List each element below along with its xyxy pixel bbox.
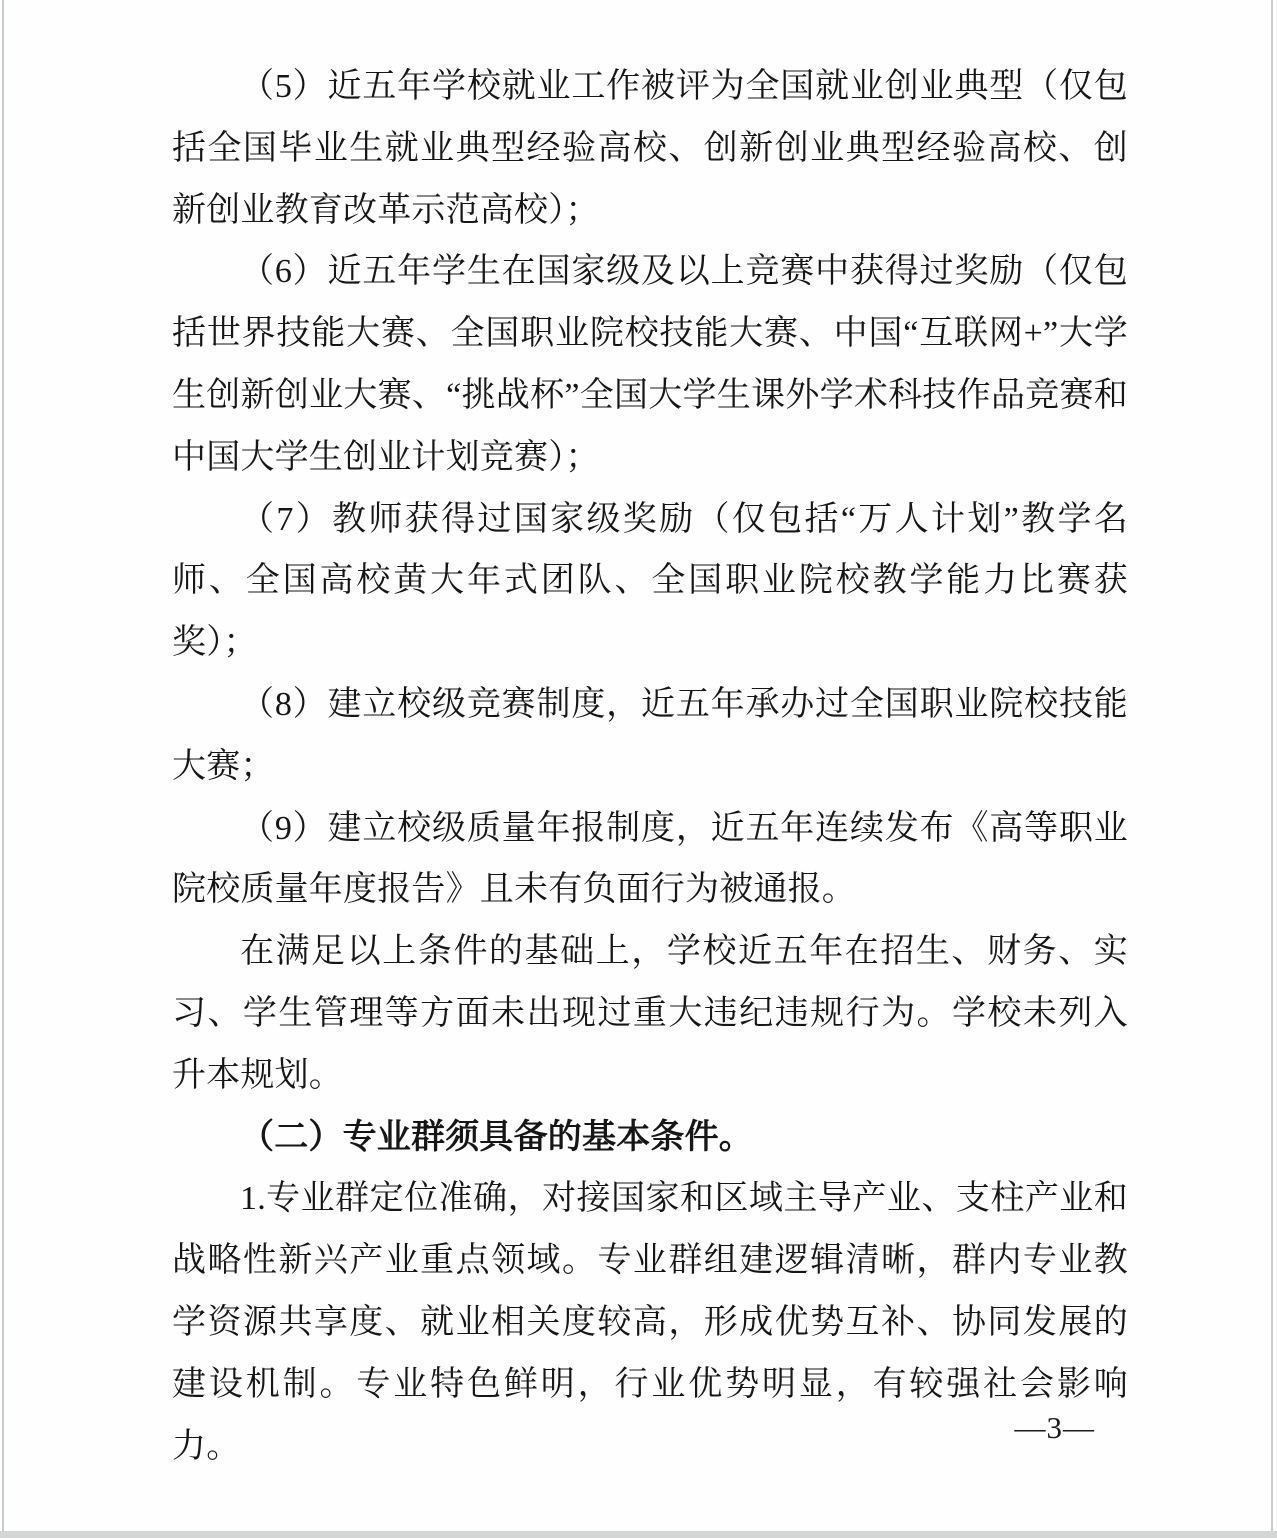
paragraph-item-7: （7）教师获得过国家级奖励（仅包括“万人计划”教学名师、全国高校黄大年式团队、全… [172, 489, 1128, 674]
section-heading: （二）专业群须具备的基本条件。 [172, 1107, 1128, 1169]
paragraph-item-9: （9）建立校级质量年报制度，近五年连续发布《高等职业院校质量年度报告》且未有负面… [172, 798, 1128, 922]
document-body: （5）近五年学校就业工作被评为全国就业创业典型（仅包括全国毕业生就业典型经验高校… [172, 56, 1128, 1477]
page-number: —3— [1015, 1408, 1096, 1448]
page-edge-right [1271, 0, 1273, 1538]
paragraph-item-6: （6）近五年学生在国家级及以上竞赛中获得过奖励（仅包括世界技能大赛、全国职业院校… [172, 241, 1128, 488]
page-edge-bottom [0, 1531, 1277, 1538]
paragraph-item-1: 1.专业群定位准确，对接国家和区域主导产业、支柱产业和战略性新兴产业重点领域。专… [172, 1168, 1128, 1477]
document-page: （5）近五年学校就业工作被评为全国就业创业典型（仅包括全国毕业生就业典型经验高校… [0, 0, 1277, 1538]
paragraph-summary: 在满足以上条件的基础上，学校近五年在招生、财务、实习、学生管理等方面未出现过重大… [172, 921, 1128, 1106]
page-edge-left [2, 0, 4, 1538]
paragraph-item-8: （8）建立校级竞赛制度，近五年承办过全国职业院校技能大赛； [172, 674, 1128, 798]
paragraph-item-5: （5）近五年学校就业工作被评为全国就业创业典型（仅包括全国毕业生就业典型经验高校… [172, 56, 1128, 241]
